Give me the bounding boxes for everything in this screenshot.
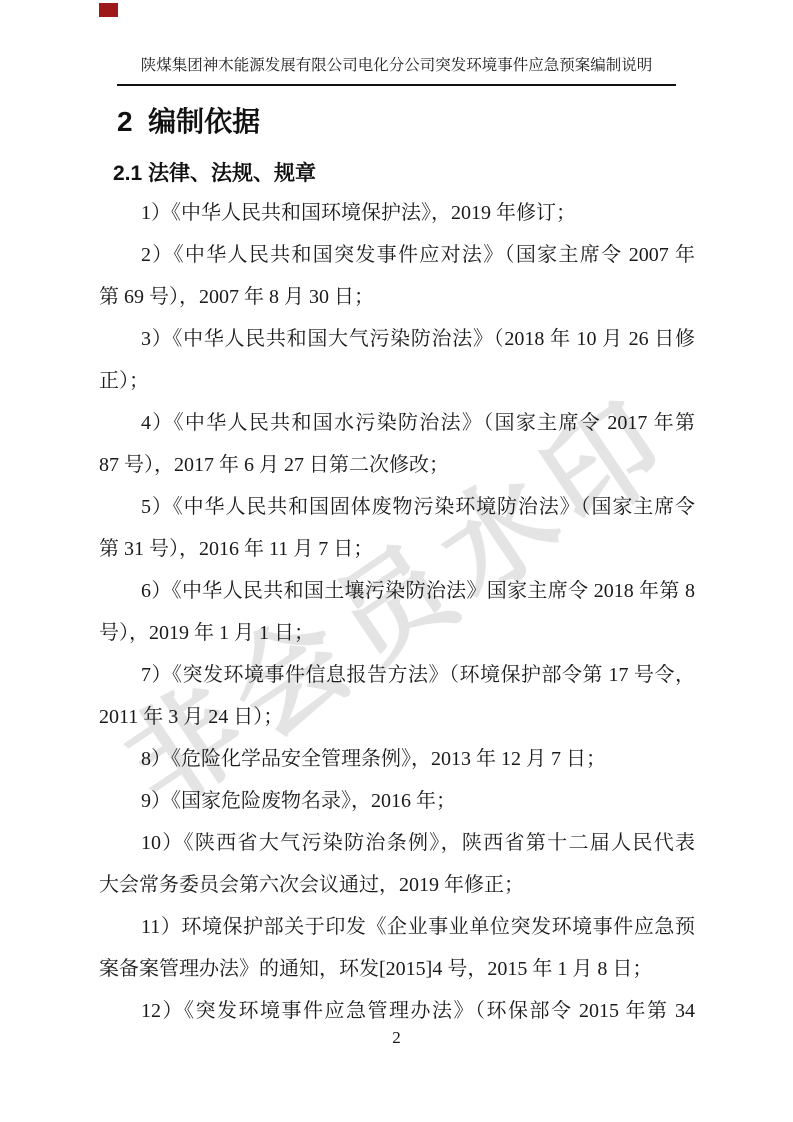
text-line: 5）《中华人民共和国固体废物污染环境防治法》（国家主席令 bbox=[99, 486, 695, 528]
text-line: 第 69 号），2007 年 8 月 30 日； bbox=[99, 276, 695, 318]
text-line: 1）《中华人民共和国环境保护法》，2019 年修订； bbox=[99, 192, 695, 234]
text-line: 案备案管理办法》的通知，环发[2015]4 号，2015 年 1 月 8 日； bbox=[99, 948, 695, 990]
text-line: 9）《国家危险废物名录》，2016 年； bbox=[99, 780, 695, 822]
document-page: 非会员水印 陕煤集团神木能源发展有限公司电化分公司突发环境事件应急预案编制说明 … bbox=[0, 0, 793, 1122]
red-marker bbox=[99, 3, 118, 17]
text-line: 第 31 号），2016 年 11 月 7 日； bbox=[99, 528, 695, 570]
text-line: 正）； bbox=[99, 360, 695, 402]
text-line: 号），2019 年 1 月 1 日； bbox=[99, 612, 695, 654]
body-text: 1）《中华人民共和国环境保护法》，2019 年修订；2）《中华人民共和国突发事件… bbox=[99, 192, 695, 1032]
text-line: 8）《危险化学品安全管理条例》，2013 年 12 月 7 日； bbox=[99, 738, 695, 780]
section-heading: 2.1 法律、法规、规章 bbox=[113, 159, 316, 189]
text-line: 7）《突发环境事件信息报告方法》（环境保护部令第 17 号令， bbox=[99, 654, 695, 696]
text-line: 2）《中华人民共和国突发事件应对法》（国家主席令 2007 年 bbox=[99, 234, 695, 276]
text-line: 10）《陕西省大气污染防治条例》，陕西省第十二届人民代表 bbox=[99, 822, 695, 864]
text-line: 2011 年 3 月 24 日）； bbox=[99, 696, 695, 738]
page-number: 2 bbox=[0, 1028, 793, 1048]
chapter-heading: 2 编制依据 bbox=[117, 104, 260, 140]
text-line: 87 号），2017 年 6 月 27 日第二次修改； bbox=[99, 444, 695, 486]
text-line: 6）《中华人民共和国土壤污染防治法》国家主席令 2018 年第 8 bbox=[99, 570, 695, 612]
text-line: 大会常务委员会第六次会议通过，2019 年修正； bbox=[99, 864, 695, 906]
text-line: 4）《中华人民共和国水污染防治法》（国家主席令 2017 年第 bbox=[99, 402, 695, 444]
text-line: 3）《中华人民共和国大气污染防治法》（2018 年 10 月 26 日修 bbox=[99, 318, 695, 360]
page-header: 陕煤集团神木能源发展有限公司电化分公司突发环境事件应急预案编制说明 bbox=[117, 55, 676, 86]
text-line: 12）《突发环境事件应急管理办法》（环保部令 2015 年第 34 bbox=[99, 990, 695, 1032]
page-header-title: 陕煤集团神木能源发展有限公司电化分公司突发环境事件应急预案编制说明 bbox=[141, 57, 653, 74]
text-line: 11）环境保护部关于印发《企业事业单位突发环境事件应急预 bbox=[99, 906, 695, 948]
